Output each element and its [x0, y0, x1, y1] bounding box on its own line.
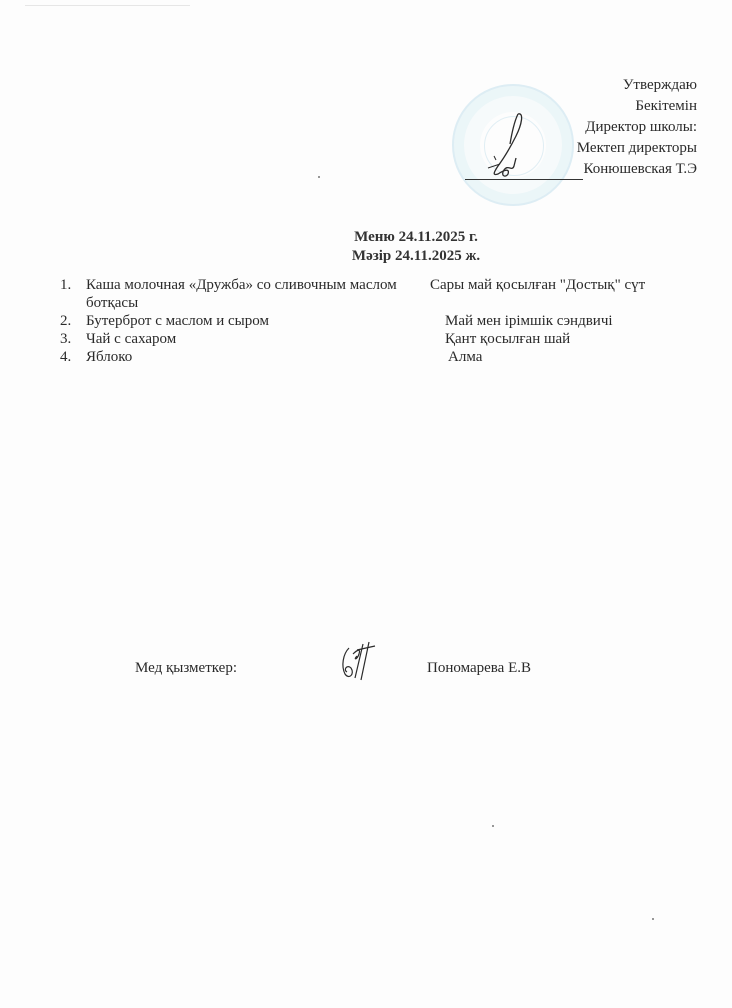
- menu-item-number: 1.: [60, 276, 84, 294]
- menu-item-ru: Яблоко: [86, 348, 386, 366]
- menu-item: 3. Чай с сахаром Қант қосылған шай: [60, 330, 710, 348]
- director-title-kz: Мектеп директоры: [465, 138, 697, 159]
- approval-line-ru: Утверждаю: [465, 75, 697, 96]
- scan-artifact-line: [25, 5, 190, 6]
- menu-item-kz: Алма: [448, 348, 482, 366]
- scan-speck: [652, 918, 654, 920]
- menu-item-ru: Каша молочная «Дружба» со сливочным масл…: [86, 276, 386, 294]
- menu-item-number: 4.: [60, 348, 84, 366]
- menu-item-kz: Қант қосылған шай: [445, 330, 570, 348]
- menu-title: Меню 24.11.2025 г. Мәзір 24.11.2025 ж.: [0, 228, 732, 266]
- menu-item-kz: Май мен ірімшік сэндвичі: [445, 312, 613, 330]
- director-title-ru: Директор школы:: [465, 117, 697, 138]
- menu-item-number: 3.: [60, 330, 84, 348]
- menu-item-ru: Бутерброт с маслом и сыром: [86, 312, 386, 330]
- director-signature-line: Конюшевская Т.Э: [465, 159, 697, 180]
- menu-item: 4. Яблоко Алма: [60, 348, 710, 366]
- document-page: Утверждаю Бекітемін Директор школы: Мект…: [0, 0, 732, 1008]
- medical-worker-label: Мед қызметкер:: [135, 660, 237, 677]
- approval-block: Утверждаю Бекітемін Директор школы: Мект…: [465, 75, 697, 180]
- medical-worker-signature: [335, 640, 385, 685]
- menu-item: 2. Бутерброт с маслом и сыром Май мен ір…: [60, 312, 710, 330]
- scan-speck: [318, 176, 320, 178]
- medical-worker-name: Пономарева Е.В: [427, 660, 531, 677]
- menu-title-ru: Меню 24.11.2025 г.: [0, 228, 732, 247]
- menu-item-kz: Сары май қосылған "Достық" сүт: [430, 276, 645, 294]
- menu-item-ru: Чай с сахаром: [86, 330, 386, 348]
- approval-line-kz: Бекітемін: [465, 96, 697, 117]
- signature-underline: [465, 165, 583, 180]
- menu-list: 1. Каша молочная «Дружба» со сливочным м…: [60, 276, 710, 366]
- menu-item-kz-continued: ботқасы: [86, 294, 138, 312]
- director-name: Конюшевская Т.Э: [583, 159, 697, 180]
- scan-speck: [492, 825, 494, 827]
- menu-item: 1. Каша молочная «Дружба» со сливочным м…: [60, 276, 710, 312]
- menu-title-kz: Мәзір 24.11.2025 ж.: [0, 247, 732, 266]
- menu-item-number: 2.: [60, 312, 84, 330]
